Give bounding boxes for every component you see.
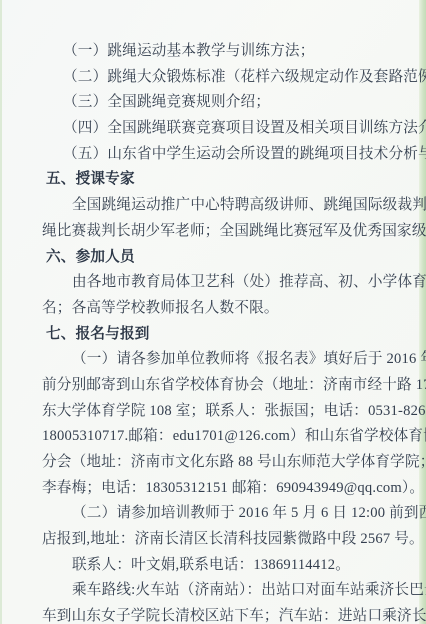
text-line: 车到山东女子学院长清校区站下车；汽车站：进站口乘济长巴士 2 路 (42, 604, 404, 624)
text-line: （二）请参加培训教师于 2016 年 5 月 6 日 12:00 前到西城泉盈酒 (72, 501, 404, 527)
text-line: （一）跳绳运动基本教学与训练方法； (63, 39, 404, 65)
text-line: 18005310717.邮箱：edu1701@126.com）和山东省学校体育协… (42, 424, 404, 450)
document-body: （一）跳绳运动基本教学与训练方法； （二）跳绳大众锻炼标准（花样六级规定动作及套… (42, 39, 404, 624)
text-line: 全国跳绳运动推广中心特聘高级讲师、跳绳国际级裁判、全国跳 (72, 193, 404, 219)
text-line: 东大学体育学院 108 室；联系人：张振国；电话：0531-82660208; (42, 399, 404, 425)
text-line: 李春梅；电话：18305312151 邮箱：690943949@qq.com）。 (42, 476, 404, 502)
text-line: 分会（地址：济南市文化东路 88 号山东师范大学体育学院；联系人： (42, 450, 404, 476)
text-line: （五）山东省中学生运动会所设置的跳绳项目技术分析与指导。 (63, 142, 404, 168)
section-heading-registration: 七、报名与报到 (46, 322, 404, 348)
section-heading-participants: 六、参加人员 (46, 245, 404, 271)
text-line: 绳比赛裁判长胡少军老师；全国跳绳比赛冠军及优秀国家级裁判员。 (42, 219, 404, 245)
text-line: 乘车路线:火车站（济南站）：出站口对面车站乘济长巴士 3 路 (72, 578, 404, 604)
text-line: （一）请各参加单位教师将《报名表》填好后于 2016 年 4 月 28 日 (72, 347, 404, 373)
text-line: （三）全国跳绳竞赛规则介绍； (63, 90, 404, 116)
text-line: 联系人：叶文娟,联系电话：13869114412。 (72, 553, 404, 579)
text-line: （四）全国跳绳联赛竞赛项目设置及相关项目训练方法介绍； (63, 116, 404, 142)
section-heading-lecturers: 五、授课专家 (46, 167, 404, 193)
text-line: （二）跳绳大众锻炼标准（花样六级规定动作及套路范例）； (63, 65, 404, 91)
text-line: 名；各高等学校教师报名人数不限。 (42, 296, 404, 322)
text-line: 店报到,地址：济南长清区长清科技园紫微路中段 2567 号。 (42, 527, 404, 553)
text-line: 前分别邮寄到山东省学校体育协会（地址：济南市经十路 17922 号山 (42, 373, 404, 399)
scan-edge-left (0, 0, 2, 624)
text-line: 由各地市教育局体卫艺科（处）推荐高、初、小学体育教师 12-16 (72, 270, 404, 296)
